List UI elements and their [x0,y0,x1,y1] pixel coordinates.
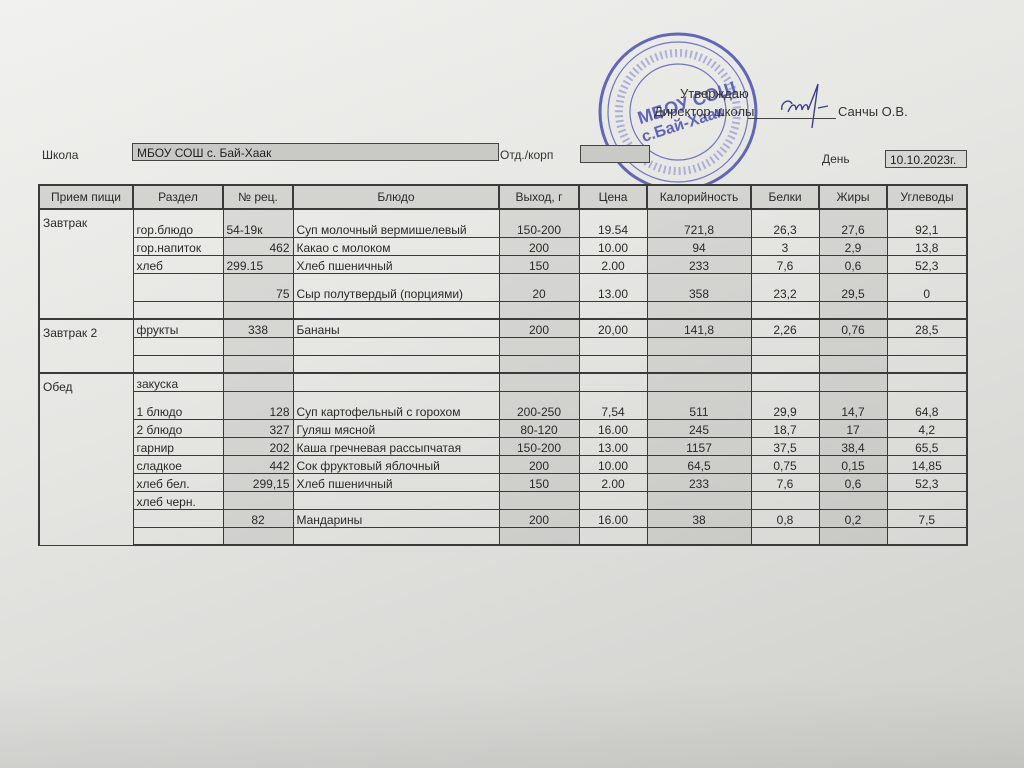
table-row: хлеб бел.299,15Хлеб пшеничный1502.002337… [39,473,967,491]
cell-price: 2.00 [579,255,647,273]
col-price: Цена [579,185,647,209]
cell-price [579,301,647,319]
cell-dish: Гуляш мясной [293,419,499,437]
table-row: Завтракгор.блюдо54-19кСуп молочный верми… [39,209,967,237]
cell-protein: 3 [751,237,819,255]
approval-title: Утверждаю [680,86,749,101]
cell-dish [293,337,499,355]
cell-protein: 29,9 [751,391,819,419]
cell-kcal [647,527,751,545]
dept-label: Отд./корп [500,148,553,162]
cell-kcal: 721,8 [647,209,751,237]
cell-kcal [647,301,751,319]
cell-recipe: 327 [223,419,293,437]
col-recipe: № рец. [223,185,293,209]
cell-recipe [223,337,293,355]
cell-section [133,355,223,373]
cell-recipe [223,491,293,509]
cell-recipe: 299,15 [223,473,293,491]
cell-section: хлеб [133,255,223,273]
cell-fat: 0,15 [819,455,887,473]
col-kcal: Калорийность [647,185,751,209]
table-row: Обедзакуска [39,373,967,391]
cell-section [133,509,223,527]
table-row [39,355,967,373]
cell-protein: 0,8 [751,509,819,527]
table-row [39,301,967,319]
day-label: День [822,152,850,166]
cell-dish: Хлеб пшеничный [293,473,499,491]
cell-dish: Хлеб пшеничный [293,255,499,273]
cell-output: 200 [499,237,579,255]
cell-protein: 26,3 [751,209,819,237]
cell-recipe [223,301,293,319]
cell-dish: Какао с молоком [293,237,499,255]
school-label: Школа [42,148,78,162]
cell-section: хлеб черн. [133,491,223,509]
table-row: 82Мандарины20016.00380,80,27,5 [39,509,967,527]
cell-fat [819,527,887,545]
cell-carbs [887,355,967,373]
meal-cell: Обед [39,373,133,545]
cell-fat [819,301,887,319]
cell-fat [819,355,887,373]
cell-kcal: 141,8 [647,319,751,337]
cell-output: 150 [499,473,579,491]
cell-section: 1 блюдо [133,391,223,419]
cell-fat: 0,6 [819,255,887,273]
cell-dish [293,355,499,373]
cell-fat [819,373,887,391]
cell-carbs [887,491,967,509]
cell-carbs: 28,5 [887,319,967,337]
cell-output: 200-250 [499,391,579,419]
cell-output: 80-120 [499,419,579,437]
signature-mark [778,80,838,132]
cell-price: 16.00 [579,419,647,437]
col-protein: Белки [751,185,819,209]
cell-price [579,491,647,509]
cell-output: 150-200 [499,437,579,455]
cell-section: гор.блюдо [133,209,223,237]
cell-output [499,355,579,373]
cell-kcal [647,337,751,355]
cell-dish [293,527,499,545]
cell-price: 13.00 [579,273,647,301]
table-row: Завтрак 2фрукты338Бананы20020,00141,82,2… [39,319,967,337]
cell-price: 2.00 [579,473,647,491]
cell-price [579,355,647,373]
cell-recipe: 82 [223,509,293,527]
cell-output [499,337,579,355]
cell-dish: Сыр полутвердый (порциями) [293,273,499,301]
cell-kcal: 94 [647,237,751,255]
cell-fat [819,337,887,355]
cell-carbs: 14,85 [887,455,967,473]
cell-protein [751,355,819,373]
school-field[interactable]: МБОУ СОШ с. Бай-Хаак [132,143,499,161]
col-carbs: Углеводы [887,185,967,209]
cell-carbs: 52,3 [887,473,967,491]
cell-protein: 18,7 [751,419,819,437]
cell-kcal: 64,5 [647,455,751,473]
table-row: 1 блюдо128Суп картофельный с горохом200-… [39,391,967,419]
cell-kcal: 511 [647,391,751,419]
table-row: 2 блюдо327Гуляш мясной80-12016.0024518,7… [39,419,967,437]
cell-price: 10.00 [579,237,647,255]
cell-kcal: 358 [647,273,751,301]
cell-section [133,273,223,301]
table-row: хлеб черн. [39,491,967,509]
table-row: гор.напиток462Какао с молоком20010.00943… [39,237,967,255]
cell-kcal: 38 [647,509,751,527]
cell-carbs [887,527,967,545]
cell-protein: 37,5 [751,437,819,455]
cell-recipe [223,355,293,373]
cell-kcal [647,491,751,509]
cell-protein [751,301,819,319]
cell-price: 19.54 [579,209,647,237]
cell-carbs: 52,3 [887,255,967,273]
cell-recipe: 202 [223,437,293,455]
cell-kcal [647,355,751,373]
cell-dish [293,373,499,391]
cell-output: 150 [499,255,579,273]
cell-carbs: 65,5 [887,437,967,455]
cell-output [499,491,579,509]
cell-output: 200 [499,319,579,337]
cell-carbs [887,301,967,319]
table-row [39,337,967,355]
cell-recipe: 442 [223,455,293,473]
cell-dish [293,491,499,509]
cell-protein [751,491,819,509]
cell-carbs: 92,1 [887,209,967,237]
cell-section: гор.напиток [133,237,223,255]
cell-output [499,373,579,391]
cell-fat: 0,2 [819,509,887,527]
table-row: сладкое442Сок фруктовый яблочный20010.00… [39,455,967,473]
approval-role: Директор школы [654,104,754,119]
cell-fat: 17 [819,419,887,437]
col-output: Выход, г [499,185,579,209]
col-section: Раздел [133,185,223,209]
cell-price: 20,00 [579,319,647,337]
cell-carbs: 7,5 [887,509,967,527]
cell-section: гарнир [133,437,223,455]
cell-protein [751,527,819,545]
table-row: гарнир202Каша гречневая рассыпчатая150-2… [39,437,967,455]
cell-carbs: 4,2 [887,419,967,437]
cell-carbs: 13,8 [887,237,967,255]
cell-section: фрукты [133,319,223,337]
cell-price: 13.00 [579,437,647,455]
cell-section: 2 блюдо [133,419,223,437]
cell-section [133,301,223,319]
cell-price [579,373,647,391]
cell-carbs: 0 [887,273,967,301]
cell-recipe: 338 [223,319,293,337]
cell-protein: 0,75 [751,455,819,473]
paper-shadow [0,678,1024,768]
day-field[interactable]: 10.10.2023г. [885,150,967,168]
table-row [39,527,967,545]
col-fat: Жиры [819,185,887,209]
cell-price [579,527,647,545]
cell-carbs [887,337,967,355]
cell-dish [293,301,499,319]
cell-dish: Сок фруктовый яблочный [293,455,499,473]
cell-dish: Суп молочный вермишелевый [293,209,499,237]
cell-recipe [223,373,293,391]
cell-fat: 2,9 [819,237,887,255]
cell-fat: 38,4 [819,437,887,455]
cell-fat [819,491,887,509]
cell-kcal: 1157 [647,437,751,455]
cell-price: 10.00 [579,455,647,473]
meal-cell: Завтрак [39,209,133,319]
cell-carbs: 64,8 [887,391,967,419]
cell-recipe: 299.15 [223,255,293,273]
cell-protein [751,337,819,355]
meal-cell: Завтрак 2 [39,319,133,373]
cell-dish: Мандарины [293,509,499,527]
cell-price [579,337,647,355]
cell-kcal [647,373,751,391]
cell-output [499,527,579,545]
cell-price: 16.00 [579,509,647,527]
cell-protein [751,373,819,391]
cell-fat: 29,5 [819,273,887,301]
cell-fat: 14,7 [819,391,887,419]
cell-recipe: 128 [223,391,293,419]
col-dish: Блюдо [293,185,499,209]
cell-fat: 0,6 [819,473,887,491]
cell-recipe [223,527,293,545]
cell-output: 200 [499,455,579,473]
cell-section [133,337,223,355]
cell-section: хлеб бел. [133,473,223,491]
cell-carbs [887,373,967,391]
cell-dish: Каша гречневая рассыпчатая [293,437,499,455]
cell-output [499,301,579,319]
table-row: 75Сыр полутвердый (порциями)2013.0035823… [39,273,967,301]
table-header-row: Прием пищи Раздел № рец. Блюдо Выход, г … [39,185,967,209]
cell-kcal: 245 [647,419,751,437]
cell-recipe: 75 [223,273,293,301]
dept-field[interactable] [580,145,650,163]
cell-dish: Бананы [293,319,499,337]
cell-section [133,527,223,545]
cell-recipe: 54-19к [223,209,293,237]
col-meal: Прием пищи [39,185,133,209]
cell-section: закуска [133,373,223,391]
cell-section: сладкое [133,455,223,473]
cell-protein: 23,2 [751,273,819,301]
cell-protein: 2,26 [751,319,819,337]
cell-output: 200 [499,509,579,527]
cell-protein: 7,6 [751,473,819,491]
cell-fat: 0,76 [819,319,887,337]
cell-output: 20 [499,273,579,301]
cell-kcal: 233 [647,255,751,273]
cell-kcal: 233 [647,473,751,491]
cell-recipe: 462 [223,237,293,255]
cell-protein: 7,6 [751,255,819,273]
menu-table: Прием пищи Раздел № рец. Блюдо Выход, г … [38,184,968,546]
table-row: хлеб299.15Хлеб пшеничный1502.002337,60,6… [39,255,967,273]
cell-fat: 27,6 [819,209,887,237]
cell-output: 150-200 [499,209,579,237]
cell-dish: Суп картофельный с горохом [293,391,499,419]
cell-price: 7,54 [579,391,647,419]
signer-name: Санчы О.В. [838,104,908,119]
